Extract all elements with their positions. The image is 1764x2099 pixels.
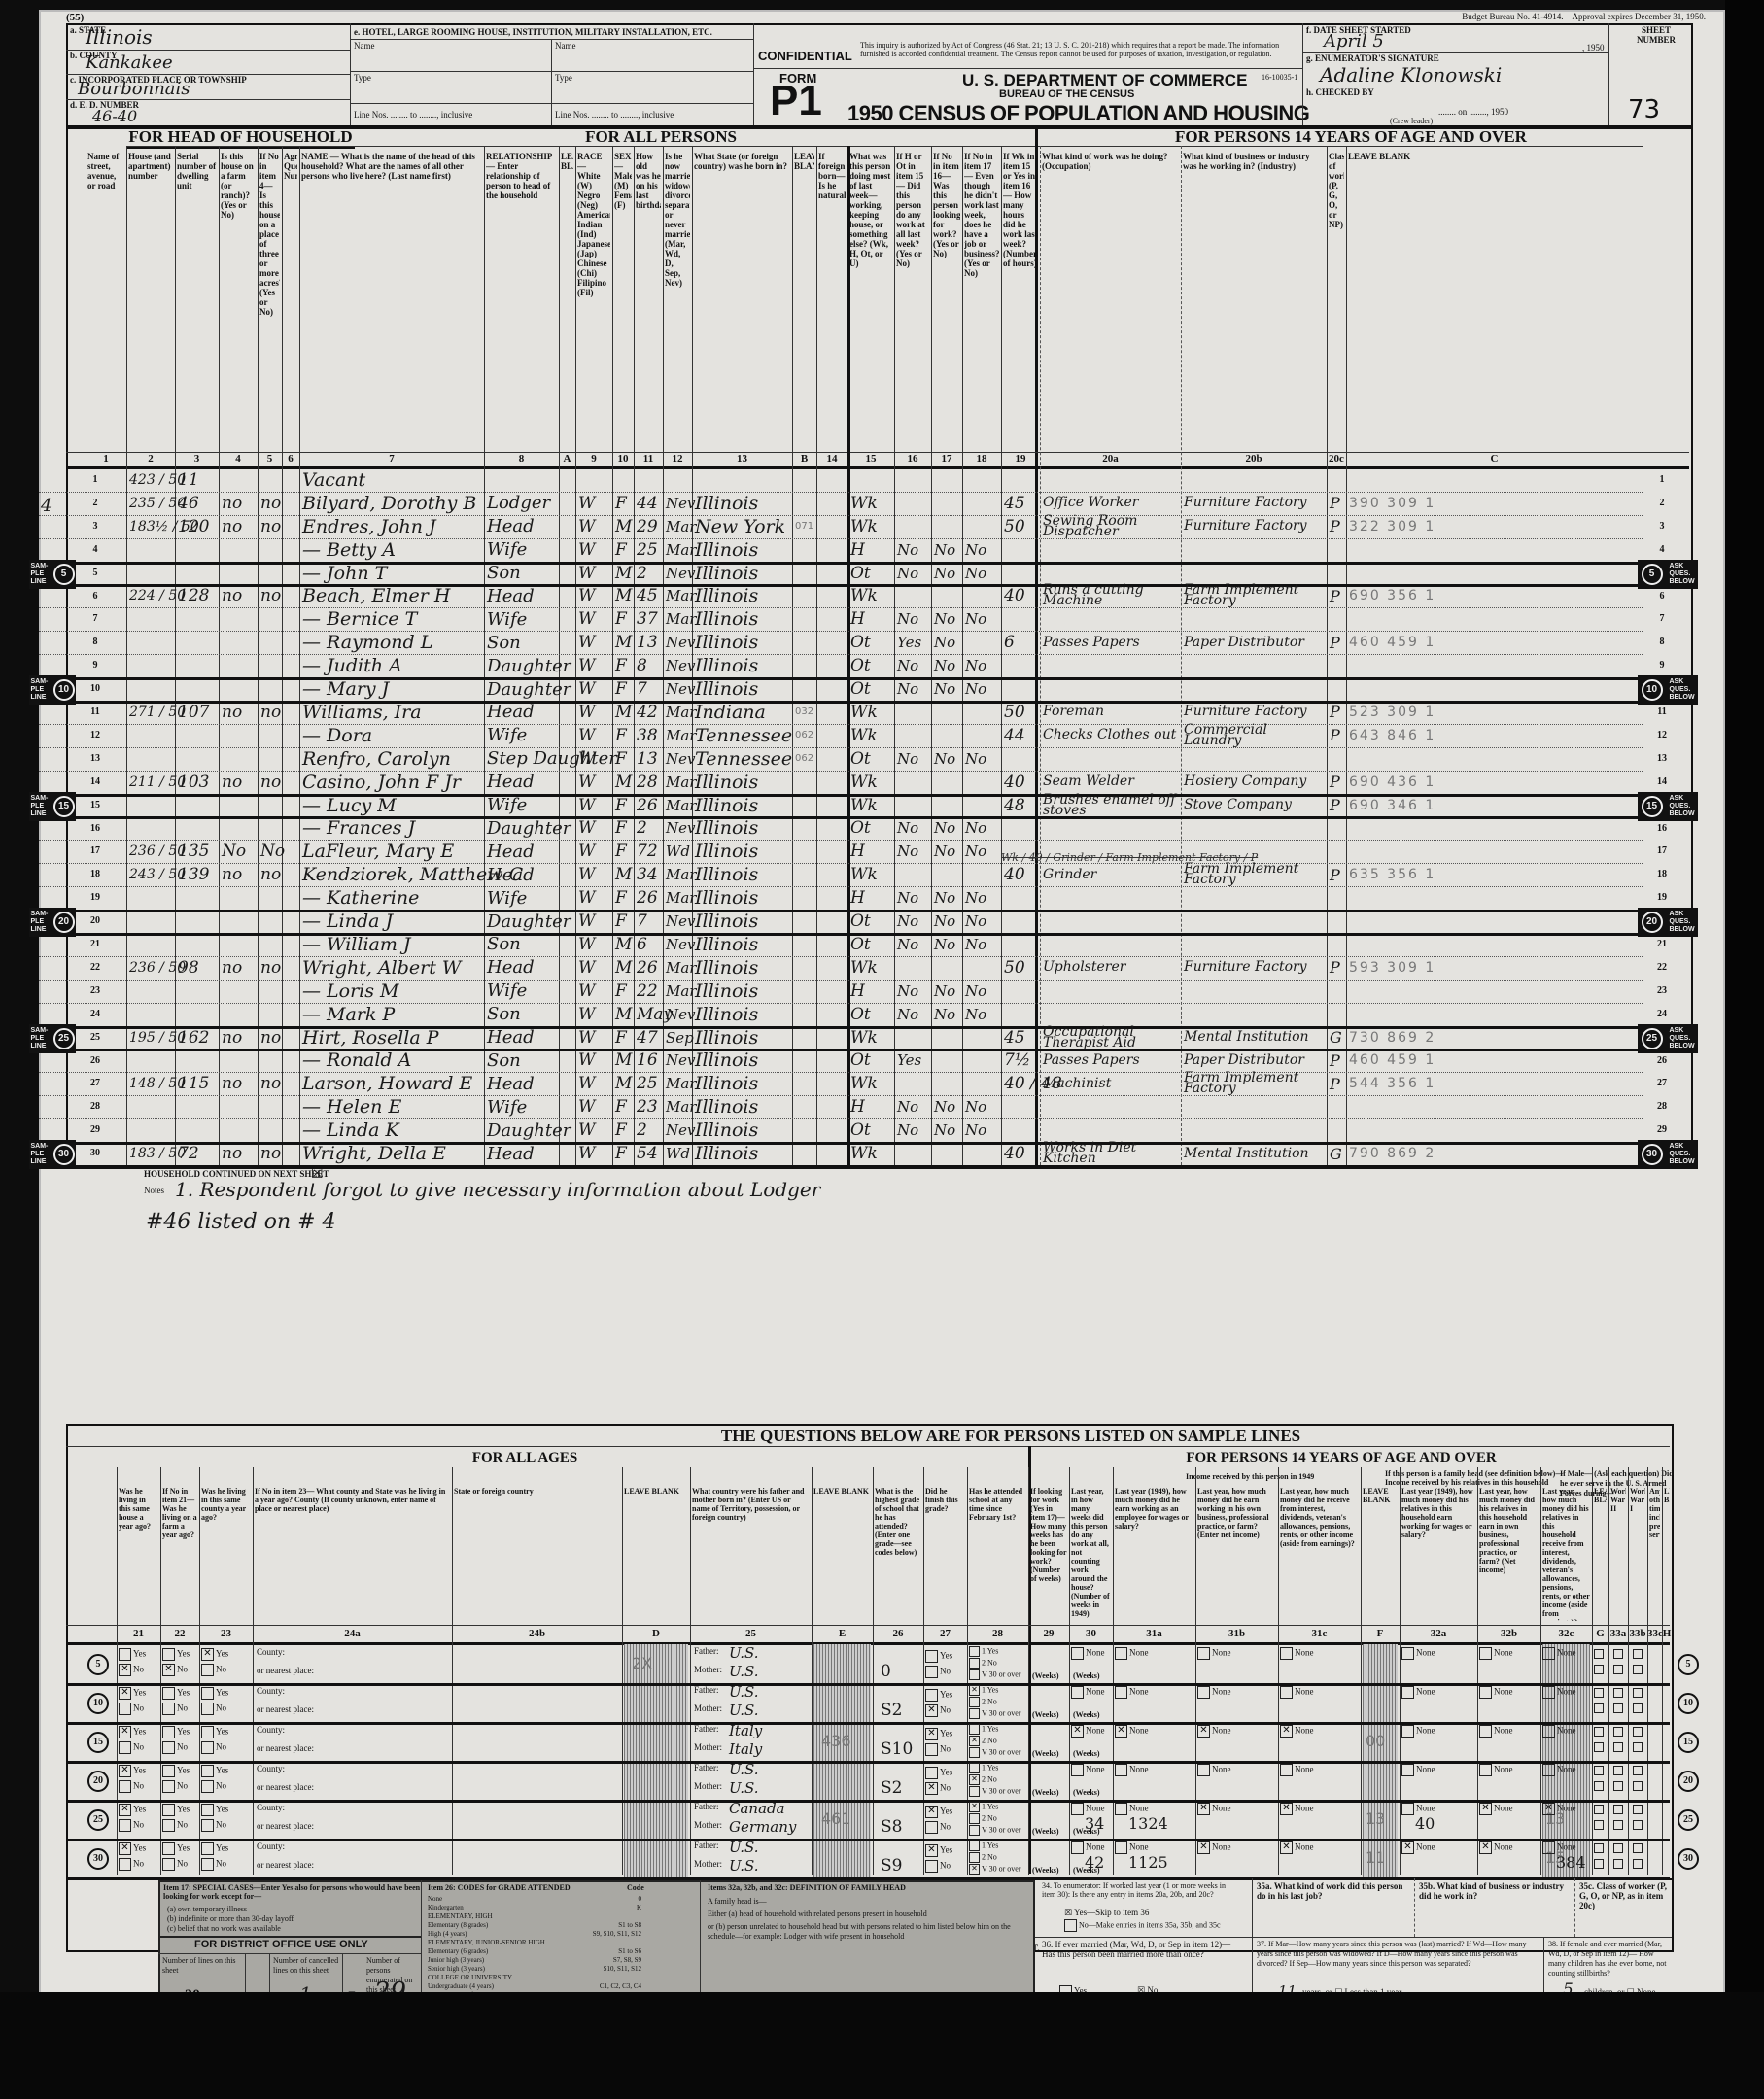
- person-name[interactable]: Endres, John J: [302, 515, 483, 538]
- checked-by-line[interactable]: ........ on ........, 1950: [1438, 107, 1508, 117]
- attended-school-1[interactable]: 2 No: [969, 1813, 997, 1824]
- age[interactable]: 2: [637, 817, 662, 841]
- did-any-work[interactable]: No: [897, 1118, 930, 1142]
- checkbox[interactable]: [1613, 1649, 1623, 1659]
- person-name[interactable]: Vacant: [302, 468, 483, 492]
- checkbox[interactable]: [1613, 1820, 1623, 1830]
- class-of-worker[interactable]: P: [1330, 515, 1345, 538]
- checkbox[interactable]: [1115, 1764, 1127, 1776]
- checkbox[interactable]: [1594, 1859, 1604, 1869]
- code-b[interactable]: [795, 1095, 815, 1118]
- relationship[interactable]: Head: [487, 840, 558, 863]
- checkbox[interactable]: [925, 1650, 938, 1663]
- hours-worked[interactable]: 50: [1004, 701, 1039, 724]
- checkbox[interactable]: ✕: [925, 1728, 938, 1740]
- checkbox[interactable]: [1633, 1649, 1643, 1659]
- person-name[interactable]: — William J: [302, 933, 483, 956]
- farm-answer[interactable]: [222, 1095, 257, 1118]
- relationship[interactable]: Head: [487, 1142, 558, 1165]
- office-codes[interactable]: [1349, 468, 1442, 492]
- office-codes[interactable]: 635 356 1: [1349, 863, 1442, 886]
- checkbox[interactable]: ✕: [1071, 1725, 1084, 1738]
- person-name[interactable]: — Betty A: [302, 538, 483, 562]
- farm-answer[interactable]: no: [222, 956, 257, 980]
- serial-number[interactable]: [178, 817, 218, 841]
- farm-answer[interactable]: [222, 677, 257, 701]
- checkbox[interactable]: [925, 1689, 938, 1702]
- acres-answer[interactable]: no: [260, 863, 281, 886]
- q23-yes-option[interactable]: Yes: [201, 1804, 228, 1816]
- q32a-none-option[interactable]: ✕None: [1401, 1841, 1435, 1854]
- activity[interactable]: Wk: [850, 794, 893, 817]
- occupation[interactable]: Runs a cutting Machine: [1043, 585, 1180, 608]
- person-name[interactable]: — Judith A: [302, 654, 483, 677]
- q32a-none-option[interactable]: None: [1401, 1647, 1435, 1660]
- looking-for-work[interactable]: No: [934, 562, 961, 585]
- q32b-none-option[interactable]: ✕None: [1479, 1803, 1513, 1815]
- class-of-worker[interactable]: [1330, 933, 1345, 956]
- hours-worked[interactable]: 7½: [1004, 1049, 1039, 1073]
- checkbox[interactable]: [1115, 1841, 1127, 1854]
- father-birthplace[interactable]: U.S.: [729, 1761, 759, 1778]
- has-job[interactable]: No: [965, 1118, 1000, 1142]
- birthplace[interactable]: Illinois: [695, 1026, 791, 1049]
- armed-forces-33a-yes[interactable]: [1594, 1805, 1606, 1814]
- office-codes[interactable]: 690 436 1: [1349, 771, 1442, 794]
- marital-status[interactable]: Nev: [666, 677, 691, 701]
- checkbox[interactable]: [1542, 1725, 1555, 1738]
- checkbox[interactable]: [1197, 1764, 1210, 1776]
- attended-school-1[interactable]: ✕2 No: [969, 1774, 997, 1785]
- checkbox[interactable]: [119, 1648, 131, 1661]
- hours-worked[interactable]: [1004, 886, 1039, 910]
- activity[interactable]: Ot: [850, 654, 893, 677]
- highest-grade[interactable]: S2: [881, 1701, 902, 1720]
- marital-status[interactable]: Mar: [666, 794, 691, 817]
- sex[interactable]: F: [615, 607, 633, 631]
- industry[interactable]: Furniture Factory: [1184, 701, 1326, 724]
- birthplace[interactable]: Illinois: [695, 1003, 791, 1026]
- checkbox[interactable]: [1401, 1725, 1414, 1738]
- has-job[interactable]: [965, 771, 1000, 794]
- attended-school-1[interactable]: 2 No: [969, 1852, 997, 1863]
- checkbox[interactable]: [201, 1741, 214, 1754]
- occupation[interactable]: [1043, 654, 1180, 677]
- relationship[interactable]: Head: [487, 1026, 558, 1049]
- checkbox[interactable]: [1633, 1820, 1643, 1830]
- race[interactable]: W: [578, 631, 611, 654]
- birthplace[interactable]: Illinois: [695, 654, 791, 677]
- marital-status[interactable]: Mar: [666, 607, 691, 631]
- checkbox[interactable]: [1071, 1647, 1084, 1660]
- code-b[interactable]: [795, 1026, 815, 1049]
- person-name[interactable]: — Dora: [302, 724, 483, 747]
- hours-worked[interactable]: [1004, 747, 1039, 771]
- industry[interactable]: Furniture Factory: [1184, 492, 1326, 515]
- farm-answer[interactable]: [222, 1118, 257, 1142]
- checkbox[interactable]: ✕: [1280, 1841, 1293, 1854]
- relationship[interactable]: Son: [487, 1049, 558, 1073]
- relationship[interactable]: Wife: [487, 980, 558, 1003]
- birthplace[interactable]: Illinois: [695, 1142, 791, 1165]
- sex[interactable]: M: [615, 701, 633, 724]
- house-number[interactable]: [129, 933, 174, 956]
- house-number[interactable]: [129, 1003, 174, 1026]
- marital-status[interactable]: Wd: [666, 840, 691, 863]
- serial-number[interactable]: 72: [178, 1142, 218, 1165]
- age[interactable]: 44: [637, 492, 662, 515]
- code-b[interactable]: [795, 840, 815, 863]
- father-birthplace[interactable]: U.S.: [729, 1683, 759, 1701]
- looking-for-work[interactable]: [934, 515, 961, 538]
- code-b[interactable]: [795, 817, 815, 841]
- class-of-worker[interactable]: P: [1330, 771, 1345, 794]
- code-b[interactable]: [795, 631, 815, 654]
- has-job[interactable]: [965, 585, 1000, 608]
- code-b[interactable]: [795, 1072, 815, 1095]
- relationship[interactable]: Lodger: [487, 492, 558, 515]
- looking-for-work[interactable]: [934, 771, 961, 794]
- checkbox[interactable]: [1633, 1727, 1643, 1737]
- occupation[interactable]: [1043, 607, 1180, 631]
- has-job[interactable]: [965, 701, 1000, 724]
- has-job[interactable]: No: [965, 817, 1000, 841]
- has-job[interactable]: [965, 956, 1000, 980]
- checkbox[interactable]: ✕: [969, 1685, 980, 1696]
- did-any-work[interactable]: [897, 771, 930, 794]
- q34-no[interactable]: No—Make entries in items 35a, 35b, and 3…: [1064, 1919, 1221, 1932]
- has-job[interactable]: No: [965, 654, 1000, 677]
- armed-forces-33a-no[interactable]: [1594, 1859, 1606, 1869]
- checkbox[interactable]: [1115, 1803, 1127, 1815]
- q31a-none-option[interactable]: None: [1115, 1647, 1149, 1660]
- notes-text-2[interactable]: #46 listed on # 4: [146, 1210, 336, 1234]
- did-any-work[interactable]: No: [897, 886, 930, 910]
- armed-forces-33c-no[interactable]: [1633, 1859, 1644, 1869]
- person-name[interactable]: — Linda K: [302, 1118, 483, 1142]
- farm-answer[interactable]: [222, 538, 257, 562]
- birthplace[interactable]: Illinois: [695, 886, 791, 910]
- occupation[interactable]: [1043, 538, 1180, 562]
- attended-school-2[interactable]: ✕V 30 or over: [969, 1864, 1021, 1875]
- armed-forces-33a-yes[interactable]: [1594, 1727, 1606, 1737]
- activity[interactable]: Wk: [850, 1026, 893, 1049]
- highest-grade[interactable]: S9: [881, 1856, 902, 1875]
- did-any-work[interactable]: No: [897, 1003, 930, 1026]
- armed-forces-33c-yes[interactable]: [1633, 1649, 1644, 1659]
- checkbox[interactable]: ✕: [162, 1664, 175, 1676]
- code-b[interactable]: [795, 1049, 815, 1073]
- farm-answer[interactable]: no: [222, 863, 257, 886]
- q31c-none-option[interactable]: None: [1280, 1686, 1314, 1699]
- activity[interactable]: Ot: [850, 817, 893, 841]
- acres-answer[interactable]: [260, 1118, 281, 1142]
- highest-grade[interactable]: S2: [881, 1778, 902, 1798]
- father-birthplace[interactable]: Italy: [729, 1722, 762, 1739]
- age[interactable]: 25: [637, 1072, 662, 1095]
- did-any-work[interactable]: [897, 515, 930, 538]
- checkbox[interactable]: ✕: [969, 1774, 980, 1785]
- looking-for-work[interactable]: [934, 794, 961, 817]
- hours-worked[interactable]: [1004, 1003, 1039, 1026]
- office-codes[interactable]: 643 846 1: [1349, 724, 1442, 747]
- state-value[interactable]: Illinois: [86, 25, 153, 49]
- person-name[interactable]: Wright, Albert W: [302, 956, 483, 980]
- occupation[interactable]: Upholsterer: [1043, 956, 1180, 980]
- serial-number[interactable]: 139: [178, 863, 218, 886]
- place-value[interactable]: Bourbonnais: [78, 79, 190, 99]
- checkbox[interactable]: [119, 1780, 131, 1793]
- father-birthplace[interactable]: Canada: [729, 1800, 785, 1817]
- q23-no-option[interactable]: No: [201, 1780, 226, 1793]
- has-job[interactable]: No: [965, 562, 1000, 585]
- age[interactable]: 13: [637, 631, 662, 654]
- marital-status[interactable]: Mar: [666, 515, 691, 538]
- checkbox[interactable]: [162, 1703, 175, 1715]
- armed-forces-33c-no[interactable]: [1633, 1781, 1644, 1791]
- serial-number[interactable]: 135: [178, 840, 218, 863]
- checkbox[interactable]: ✕: [969, 1864, 980, 1875]
- acres-answer[interactable]: [260, 980, 281, 1003]
- checkbox[interactable]: [969, 1786, 980, 1797]
- q31a-value[interactable]: 1324: [1128, 1814, 1168, 1833]
- q31b-none-option[interactable]: None: [1197, 1647, 1231, 1660]
- checkbox[interactable]: [1542, 1686, 1555, 1699]
- did-any-work[interactable]: Yes: [897, 631, 930, 654]
- age[interactable]: 45: [637, 585, 662, 608]
- serial-number[interactable]: [178, 654, 218, 677]
- activity[interactable]: H: [850, 980, 893, 1003]
- highest-grade[interactable]: S8: [881, 1817, 902, 1837]
- age[interactable]: 22: [637, 980, 662, 1003]
- mother-birthplace[interactable]: U.S.: [729, 1779, 759, 1797]
- relationship[interactable]: Daughter: [487, 677, 558, 701]
- checkbox[interactable]: [1594, 1727, 1604, 1737]
- class-of-worker[interactable]: [1330, 747, 1345, 771]
- q21-yes-option[interactable]: Yes: [119, 1648, 146, 1661]
- q31a-none-option[interactable]: None: [1115, 1764, 1149, 1776]
- looking-for-work[interactable]: No: [934, 840, 961, 863]
- q32c-none-option[interactable]: None: [1542, 1647, 1576, 1660]
- hours-worked[interactable]: 48: [1004, 794, 1039, 817]
- looking-for-work[interactable]: [934, 724, 961, 747]
- looking-for-work[interactable]: No: [934, 607, 961, 631]
- sex[interactable]: F: [615, 794, 633, 817]
- checkbox[interactable]: ✕: [119, 1842, 131, 1855]
- class-of-worker[interactable]: [1330, 980, 1345, 1003]
- looking-for-work[interactable]: No: [934, 910, 961, 933]
- age[interactable]: 34: [637, 863, 662, 886]
- hours-worked[interactable]: 50: [1004, 956, 1039, 980]
- hours-worked[interactable]: 40: [1004, 1142, 1039, 1165]
- acres-answer[interactable]: [260, 933, 281, 956]
- checkbox[interactable]: [1071, 1841, 1084, 1854]
- acres-answer[interactable]: [260, 562, 281, 585]
- class-of-worker[interactable]: P: [1330, 956, 1345, 980]
- birthplace[interactable]: Illinois: [695, 910, 791, 933]
- checkbox[interactable]: [1542, 1841, 1555, 1854]
- house-number[interactable]: 243 / 50: [129, 863, 174, 886]
- race[interactable]: W: [578, 677, 611, 701]
- has-job[interactable]: No: [965, 910, 1000, 933]
- checkbox[interactable]: ✕: [1115, 1725, 1127, 1738]
- farm-answer[interactable]: No: [222, 840, 257, 863]
- class-of-worker[interactable]: [1330, 817, 1345, 841]
- code-b[interactable]: [795, 863, 815, 886]
- house-number[interactable]: [129, 654, 174, 677]
- person-name[interactable]: Hirt, Rosella P: [302, 1026, 483, 1049]
- checkbox[interactable]: [162, 1819, 175, 1832]
- looking-for-work[interactable]: [934, 1026, 961, 1049]
- finish-grade-yes[interactable]: Yes: [925, 1767, 952, 1779]
- armed-forces-33b-yes[interactable]: [1613, 1805, 1625, 1814]
- checkbox[interactable]: ✕: [1479, 1803, 1492, 1815]
- acres-answer[interactable]: [260, 468, 281, 492]
- race[interactable]: W: [578, 1095, 611, 1118]
- office-codes[interactable]: 322 309 1: [1349, 515, 1442, 538]
- serial-number[interactable]: 46: [178, 492, 218, 515]
- code-b[interactable]: 032: [795, 701, 815, 724]
- q30-value[interactable]: 42: [1085, 1853, 1104, 1872]
- age[interactable]: 37: [637, 607, 662, 631]
- checkbox[interactable]: [1613, 1766, 1623, 1775]
- race[interactable]: W: [578, 840, 611, 863]
- has-job[interactable]: No: [965, 677, 1000, 701]
- activity[interactable]: Ot: [850, 1049, 893, 1073]
- checkbox[interactable]: [1280, 1686, 1293, 1699]
- q34-yes-checkbox[interactable]: ☒: [1064, 1909, 1072, 1918]
- occupation[interactable]: [1043, 817, 1180, 841]
- marital-status[interactable]: Nev: [666, 1049, 691, 1073]
- q22-no-option[interactable]: No: [162, 1703, 188, 1715]
- person-name[interactable]: — Bernice T: [302, 607, 483, 631]
- birthplace[interactable]: Illinois: [695, 817, 791, 841]
- serial-number[interactable]: [178, 1049, 218, 1073]
- sex[interactable]: M: [615, 933, 633, 956]
- industry[interactable]: [1184, 654, 1326, 677]
- q30-value[interactable]: 34: [1085, 1814, 1104, 1833]
- person-name[interactable]: — Lucy M: [302, 794, 483, 817]
- checkbox[interactable]: [969, 1697, 980, 1707]
- has-job[interactable]: No: [965, 1003, 1000, 1026]
- industry[interactable]: Mental Institution: [1184, 1142, 1326, 1165]
- checkbox[interactable]: [1633, 1742, 1643, 1752]
- house-number[interactable]: [129, 980, 174, 1003]
- sex[interactable]: F: [615, 654, 633, 677]
- q22-yes-option[interactable]: Yes: [162, 1804, 190, 1816]
- industry[interactable]: [1184, 886, 1326, 910]
- acres-answer[interactable]: no: [260, 1142, 281, 1165]
- attended-school-2[interactable]: V 30 or over: [969, 1825, 1021, 1836]
- finish-grade-no[interactable]: No: [925, 1743, 951, 1756]
- occupation[interactable]: Office Worker: [1043, 492, 1180, 515]
- mother-birthplace[interactable]: U.S.: [729, 1663, 759, 1680]
- did-any-work[interactable]: [897, 794, 930, 817]
- armed-forces-33a-yes[interactable]: [1594, 1649, 1606, 1659]
- armed-forces-33b-yes[interactable]: [1613, 1766, 1625, 1775]
- hours-worked[interactable]: [1004, 562, 1039, 585]
- mother-birthplace[interactable]: Germany: [729, 1818, 796, 1836]
- checkbox[interactable]: [201, 1780, 214, 1793]
- armed-forces-33c-no[interactable]: [1633, 1820, 1644, 1830]
- industry[interactable]: Farm Implement Factory: [1184, 1072, 1326, 1095]
- acres-answer[interactable]: [260, 1049, 281, 1073]
- checkbox[interactable]: [1633, 1703, 1643, 1713]
- class-of-worker[interactable]: [1330, 538, 1345, 562]
- hours-worked[interactable]: [1004, 817, 1039, 841]
- checkbox[interactable]: [969, 1658, 980, 1669]
- checkbox[interactable]: [162, 1842, 175, 1855]
- attended-school-2[interactable]: V 30 or over: [969, 1747, 1021, 1758]
- activity[interactable]: Ot: [850, 1003, 893, 1026]
- person-name[interactable]: — Mark P: [302, 1003, 483, 1026]
- q23-yes-option[interactable]: Yes: [201, 1842, 228, 1855]
- class-of-worker[interactable]: [1330, 562, 1345, 585]
- farm-answer[interactable]: no: [222, 515, 257, 538]
- attended-school-1[interactable]: 2 No: [969, 1658, 997, 1669]
- birthplace[interactable]: Illinois: [695, 607, 791, 631]
- activity[interactable]: Ot: [850, 1118, 893, 1142]
- q31c-none-option[interactable]: ✕None: [1280, 1803, 1314, 1815]
- sex[interactable]: M: [615, 562, 633, 585]
- house-number[interactable]: [129, 817, 174, 841]
- checkbox[interactable]: [119, 1703, 131, 1715]
- farm-answer[interactable]: [222, 910, 257, 933]
- armed-forces-33b-yes[interactable]: [1613, 1688, 1625, 1698]
- armed-forces-33a-yes[interactable]: [1594, 1843, 1606, 1853]
- acres-answer[interactable]: [260, 747, 281, 771]
- has-job[interactable]: No: [965, 1095, 1000, 1118]
- armed-forces-33b-yes[interactable]: [1613, 1727, 1625, 1737]
- house-number[interactable]: 235 / 50: [129, 492, 174, 515]
- ed-value[interactable]: 46-40: [92, 107, 137, 125]
- checkbox[interactable]: [1633, 1781, 1643, 1791]
- q31a-none-option[interactable]: None: [1115, 1686, 1149, 1699]
- finish-grade-no[interactable]: No: [925, 1860, 951, 1873]
- looking-for-work[interactable]: No: [934, 654, 961, 677]
- serial-number[interactable]: 120: [178, 515, 218, 538]
- class-of-worker[interactable]: [1330, 1095, 1345, 1118]
- office-codes[interactable]: [1349, 933, 1442, 956]
- checkbox[interactable]: [1594, 1805, 1604, 1814]
- checkbox[interactable]: [925, 1666, 938, 1678]
- occupation[interactable]: Sewing Room Dispatcher: [1043, 515, 1180, 538]
- checkbox[interactable]: [1479, 1686, 1492, 1699]
- house-number[interactable]: [129, 1095, 174, 1118]
- finish-grade-no[interactable]: No: [925, 1666, 951, 1678]
- office-codes[interactable]: [1349, 747, 1442, 771]
- farm-answer[interactable]: no: [222, 585, 257, 608]
- checkbox[interactable]: [969, 1852, 980, 1863]
- did-any-work[interactable]: No: [897, 654, 930, 677]
- house-number[interactable]: [129, 607, 174, 631]
- armed-forces-33c-no[interactable]: [1633, 1665, 1644, 1674]
- industry[interactable]: Paper Distributor: [1184, 1049, 1326, 1073]
- has-job[interactable]: No: [965, 886, 1000, 910]
- occupation[interactable]: Grinder: [1043, 863, 1180, 886]
- age[interactable]: 7: [637, 677, 662, 701]
- checkbox[interactable]: [162, 1687, 175, 1700]
- class-of-worker[interactable]: P: [1330, 863, 1345, 886]
- checkbox[interactable]: [201, 1804, 214, 1816]
- checkbox[interactable]: ✕: [969, 1736, 980, 1746]
- q32c-none-option[interactable]: None: [1542, 1725, 1576, 1738]
- q32b-none-option[interactable]: None: [1479, 1686, 1513, 1699]
- person-name[interactable]: LaFleur, Mary E: [302, 840, 483, 863]
- industry[interactable]: Stove Company: [1184, 794, 1326, 817]
- race[interactable]: W: [578, 863, 611, 886]
- checkbox[interactable]: ✕: [1197, 1841, 1210, 1854]
